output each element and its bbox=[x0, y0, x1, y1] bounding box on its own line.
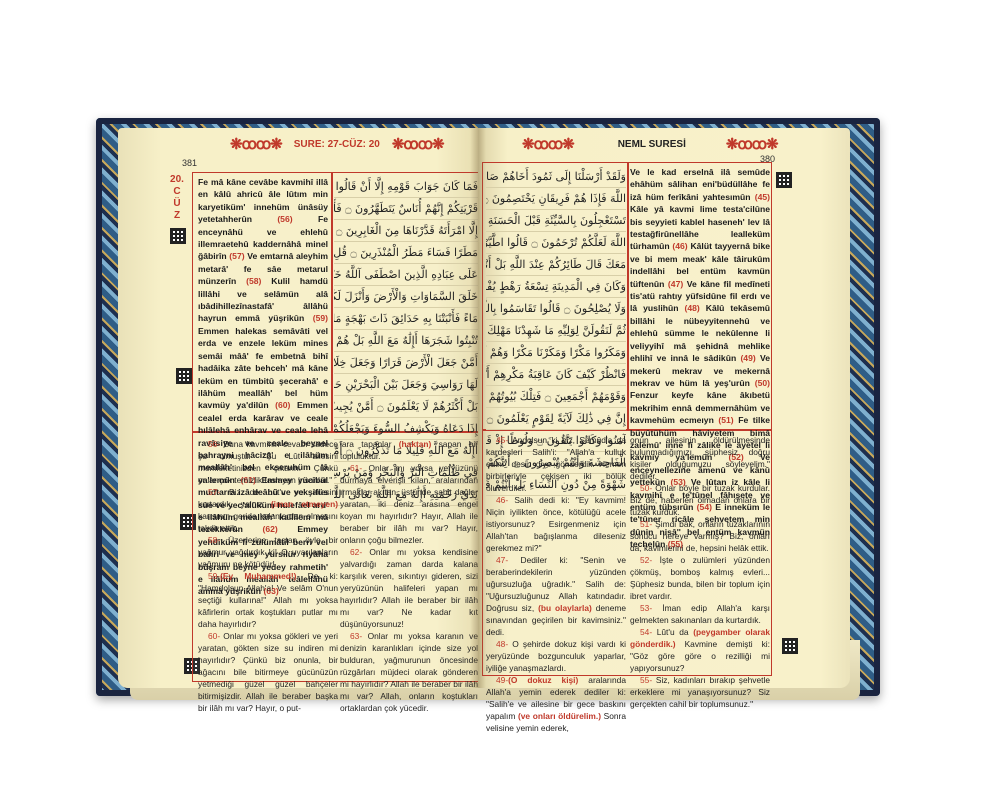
meaning-paragraph: 58- Üzerlerine taştan öyle bir yağmur ya… bbox=[198, 534, 338, 570]
arabic-line: تُنْبِتُوا شَجَرَهَا أَإِلَٰهٌ مَعَ اللَ… bbox=[334, 330, 478, 352]
arabic-line: مَطَرًا فَسَاءَ مَطَرُ الْمُنْذَرِينَ ۝ … bbox=[334, 242, 478, 264]
meaning-column-2: lara tapanlar (haktan) sapan bir toplulu… bbox=[340, 438, 478, 714]
meaning-column-1: 56- Buna kavminin cevabı sadece şu olmuş… bbox=[198, 438, 338, 714]
meaning-paragraph: 50- Onlar böyle bir tuzak kurdular. Biz … bbox=[630, 482, 770, 518]
arabic-line: وَكَانَ فِي الْمَدِينَةِ تِسْعَةُ رَهْطٍ… bbox=[486, 276, 626, 298]
arabic-line: وَلَا يُصْلِحُونَ ۝ قَالُوا تَقَاسَمُوا … bbox=[486, 298, 626, 320]
verse-number: (46) bbox=[672, 241, 687, 251]
meaning-paragraph: 53- İman edip Allah'a karşı gelmekten sa… bbox=[630, 602, 770, 626]
meaning-text: onun ailesinin öldürülmesinde bulunmadığ… bbox=[630, 435, 770, 481]
page-number: 381 bbox=[182, 158, 197, 168]
verse-number: 53- bbox=[640, 603, 652, 613]
meaning-paragraph: 61- Onlar mı yoksa yeryüzünü durmaya elv… bbox=[340, 462, 478, 546]
verse-number: 50- bbox=[640, 483, 652, 493]
verse-number: 55- bbox=[640, 675, 652, 685]
verse-number: (47) bbox=[668, 279, 683, 289]
right-page: ❋ꝏꝏ❋ NEML SURESİ ❋ꝏꝏ❋ 380 وَلَقَدْ أَرْس… bbox=[478, 128, 850, 688]
verse-number: 52- bbox=[640, 555, 652, 565]
arabic-line: إِنَّ فِي ذَٰلِكَ لَآيَةً لِقَوْمٍ يَعْل… bbox=[486, 408, 626, 430]
verse-number: 57- bbox=[208, 487, 220, 497]
verse-number: (60) bbox=[275, 400, 290, 410]
verse-number: 54- bbox=[640, 627, 652, 637]
verse-number: (50) bbox=[755, 378, 770, 388]
verse-number: 51- bbox=[640, 519, 652, 529]
meaning-text: Onlar mı yoksa kendisine yalvardığı zama… bbox=[340, 547, 478, 629]
meaning-text: lara tapanlar bbox=[340, 439, 399, 449]
verse-number: 59- bbox=[208, 571, 220, 581]
transliteration-text: Ve le kad erselnâ ilâ semûde ehâhüm sâli… bbox=[630, 167, 770, 202]
verse-number: 56- bbox=[208, 439, 220, 449]
arabic-line: وَمَكَرُوا مَكْرًا وَمَكَرْنَا مَكْرًا و… bbox=[486, 342, 626, 364]
highlighted-phrase: (haktan) bbox=[399, 439, 432, 449]
verse-number: 45- bbox=[496, 435, 508, 445]
arabic-line: اللَّهَ فَإِذَا هُمْ فَرِيقَانِ يَخْتَصِ… bbox=[486, 188, 626, 210]
meaning-paragraph: 45- Andolsun ki biz, Semûd'a da kardeşle… bbox=[486, 434, 626, 494]
juz-letter: Z bbox=[170, 210, 184, 222]
meaning-paragraph: 51- Şimdi bak, onların tuzaklarının sonu… bbox=[630, 518, 770, 554]
ornament-icon: ❋ꝏꝏ❋ bbox=[726, 135, 778, 153]
highlighted-phrase: (O dokuz kişi) bbox=[508, 675, 578, 685]
meaning-text: Onlar mı yoksa karanın ve denizin karanl… bbox=[340, 631, 478, 713]
qr-code-icon[interactable] bbox=[176, 368, 192, 384]
verse-number: 49- bbox=[496, 675, 508, 685]
juz-number: 20. bbox=[170, 174, 184, 186]
meaning-paragraph: 60- Onlar mı yoksa gökleri ve yeri yarat… bbox=[198, 630, 338, 714]
arabic-line: لَهَا رَوَاسِيَ وَجَعَلَ بَيْنَ الْبَحْر… bbox=[334, 374, 478, 396]
verse-number: 63- bbox=[350, 631, 362, 641]
meaning-paragraph: 56- Buna kavminin cevabı sadece şu olmuş… bbox=[198, 438, 338, 486]
meaning-paragraph: onun ailesinin öldürülmesinde bulunmadığ… bbox=[630, 434, 770, 482]
arabic-line: وَقَوْمَهُمْ أَجْمَعِينَ ۝ فَتِلْكَ بُيُ… bbox=[486, 386, 626, 408]
juz-letter: Ü bbox=[170, 198, 184, 210]
meaning-paragraph: 59-(Ey Muhammed!) De ki: "Hamdolsun Alla… bbox=[198, 570, 338, 630]
juz-letter: C bbox=[170, 186, 184, 198]
right-page-header: ❋ꝏꝏ❋ NEML SURESİ ❋ꝏꝏ❋ bbox=[522, 134, 778, 154]
meaning-column-2: onun ailesinin öldürülmesinde bulunmadığ… bbox=[630, 434, 770, 710]
highlighted-phrase: (ve onları öldürelim.) bbox=[518, 711, 601, 721]
verse-number: (49) bbox=[740, 353, 755, 363]
meaning-text: Onlar mı yoksa gökleri ve yeri yaratan, … bbox=[198, 631, 338, 713]
verse-number: 46- bbox=[496, 495, 508, 505]
left-page: ❋ꝏꝏ❋ SURE: 27-CÜZ: 20 ❋ꝏꝏ❋ 381 20. C Ü Z… bbox=[118, 128, 480, 688]
arabic-line: تَسْتَعْجِلُونَ بِالسَّيِّئَةِ قَبْلَ ال… bbox=[486, 210, 626, 232]
meaning-text: Onlar mı yoksa yeryüzünü durmaya elveriş… bbox=[340, 463, 478, 545]
book-gutter bbox=[470, 128, 486, 688]
arabic-line: قَرْيَتِكُمْ إِنَّهُمْ أُنَاسٌ يَتَطَهَّ… bbox=[334, 198, 478, 220]
meaning-paragraph: 54- Lût'u da (peygamber olarak gönderdik… bbox=[630, 626, 770, 674]
ornament-icon: ❋ꝏꝏ❋ bbox=[392, 135, 444, 153]
meaning-paragraph: 48- O şehirde dokuz kişi vardı ki yeryüz… bbox=[486, 638, 626, 674]
verse-number: (59) bbox=[313, 313, 328, 323]
verse-number: (45) bbox=[755, 192, 770, 202]
meaning-paragraph: 49-(O dokuz kişi) aralarında Allah'a yem… bbox=[486, 674, 626, 734]
transliteration-text: Emmen halekas semâvâti vel erda ve enzel… bbox=[198, 326, 328, 410]
ornament-icon: ❋ꝏꝏ❋ bbox=[230, 135, 282, 153]
verse-number: 61- bbox=[350, 463, 362, 473]
verse-number: (51) bbox=[718, 415, 733, 425]
surah-title: NEML SURESİ bbox=[618, 139, 686, 150]
arabic-line: اللَّهَ لَعَلَّكُمْ تُرْحَمُونَ ۝ قَالُو… bbox=[486, 232, 626, 254]
left-page-header: ❋ꝏꝏ❋ SURE: 27-CÜZ: 20 ❋ꝏꝏ❋ bbox=[230, 134, 444, 154]
meaning-paragraph: 55- Siz, kadınları bırakıp şehvetle erke… bbox=[630, 674, 770, 710]
meaning-paragraph: 46- Salih dedi ki: "Ey kavmim! Niçin iyi… bbox=[486, 494, 626, 554]
highlighted-phrase: (Ey Muhammed!) bbox=[220, 571, 296, 581]
arabic-line: إِذَا دَعَاهُ وَيَكْشِفُ السُّوءَ وَيَجْ… bbox=[334, 418, 478, 440]
verse-number: (56) bbox=[277, 214, 292, 224]
column-divider bbox=[331, 173, 333, 431]
verse-number: 58- bbox=[208, 535, 220, 545]
meaning-text: Lût'u da bbox=[652, 627, 693, 637]
surah-juz-title: SURE: 27-CÜZ: 20 bbox=[294, 139, 380, 150]
meaning-paragraph: 57- Biz de Lût'u ve ailesini kurtardık, … bbox=[198, 486, 338, 534]
qr-code-icon[interactable] bbox=[782, 638, 798, 654]
highlighted-phrase: (bu olaylarla) bbox=[538, 603, 592, 613]
arabic-line: إِلَّا امْرَأَتَهُ قَدَّرْنَاهَا مِنَ ال… bbox=[334, 220, 478, 242]
meaning-paragraph: 47- Dediler ki: "Senin ve beraberindekil… bbox=[486, 554, 626, 638]
verse-number: 60- bbox=[208, 631, 220, 641]
arabic-line: عَلَى عِبَادِهِ الَّذِينَ اصْطَفَى آللَّ… bbox=[334, 264, 478, 286]
arabic-line: خَلَقَ السَّمَاوَاتِ وَالْأَرْضَ وَأَنْز… bbox=[334, 286, 478, 308]
verse-number: (58) bbox=[246, 276, 261, 286]
highlighted-phrase: (iman etmeyen) bbox=[271, 499, 338, 509]
arabic-line: ثُمَّ لَنَقُولَنَّ لِوَلِيِّهِ مَا شَهِد… bbox=[486, 320, 626, 342]
qr-code-icon[interactable] bbox=[170, 228, 186, 244]
meaning-column-1: 45- Andolsun ki biz, Semûd'a da kardeşle… bbox=[486, 434, 626, 734]
column-divider bbox=[627, 163, 629, 429]
meaning-paragraph: 52- İşte o zulümleri yüzünden çökmüş, bo… bbox=[630, 554, 770, 602]
qr-code-icon[interactable] bbox=[776, 172, 792, 188]
meaning-paragraph: lara tapanlar (haktan) sapan bir toplulu… bbox=[340, 438, 478, 462]
meaning-text: karısının geride kalanlardan olmasını ta… bbox=[198, 511, 338, 533]
verse-number: 62- bbox=[350, 547, 362, 557]
arabic-line: فَانْظُرْ كَيْفَ كَانَ عَاقِبَةُ مَكْرِه… bbox=[486, 364, 626, 386]
arabic-line: مَعَكَ قَالَ طَائِرُكُمْ عِنْدَ اللَّهِ … bbox=[486, 254, 626, 276]
meaning-paragraph: 62- Onlar mı yoksa kendisine yalvardığı … bbox=[340, 546, 478, 630]
arabic-line: مَاءً فَأَنْبَتْنَا بِهِ حَدَائِقَ ذَاتَ… bbox=[334, 308, 478, 330]
verse-number: 48- bbox=[496, 639, 508, 649]
ornament-icon: ❋ꝏꝏ❋ bbox=[522, 135, 574, 153]
arabic-line: فَمَا كَانَ جَوَابَ قَوْمِهِ إِلَّا أَنْ… bbox=[334, 176, 478, 198]
arabic-line: بَلْ أَكْثَرُهُمْ لَا يَعْلَمُونَ ۝ أَمَ… bbox=[334, 396, 478, 418]
verse-number: 47- bbox=[496, 555, 508, 565]
juz-tab: 20. C Ü Z bbox=[170, 174, 184, 222]
verse-number: (57) bbox=[229, 251, 244, 261]
meaning-paragraph: 63- Onlar mı yoksa karanın ve denizin ka… bbox=[340, 630, 478, 714]
arabic-line: أَمَّنْ جَعَلَ الْأَرْضَ قَرَارًا وَجَعَ… bbox=[334, 352, 478, 374]
verse-number: (48) bbox=[684, 303, 699, 313]
arabic-line: وَلَقَدْ أَرْسَلْنَا إِلَى ثَمُودَ أَخَا… bbox=[486, 166, 626, 188]
